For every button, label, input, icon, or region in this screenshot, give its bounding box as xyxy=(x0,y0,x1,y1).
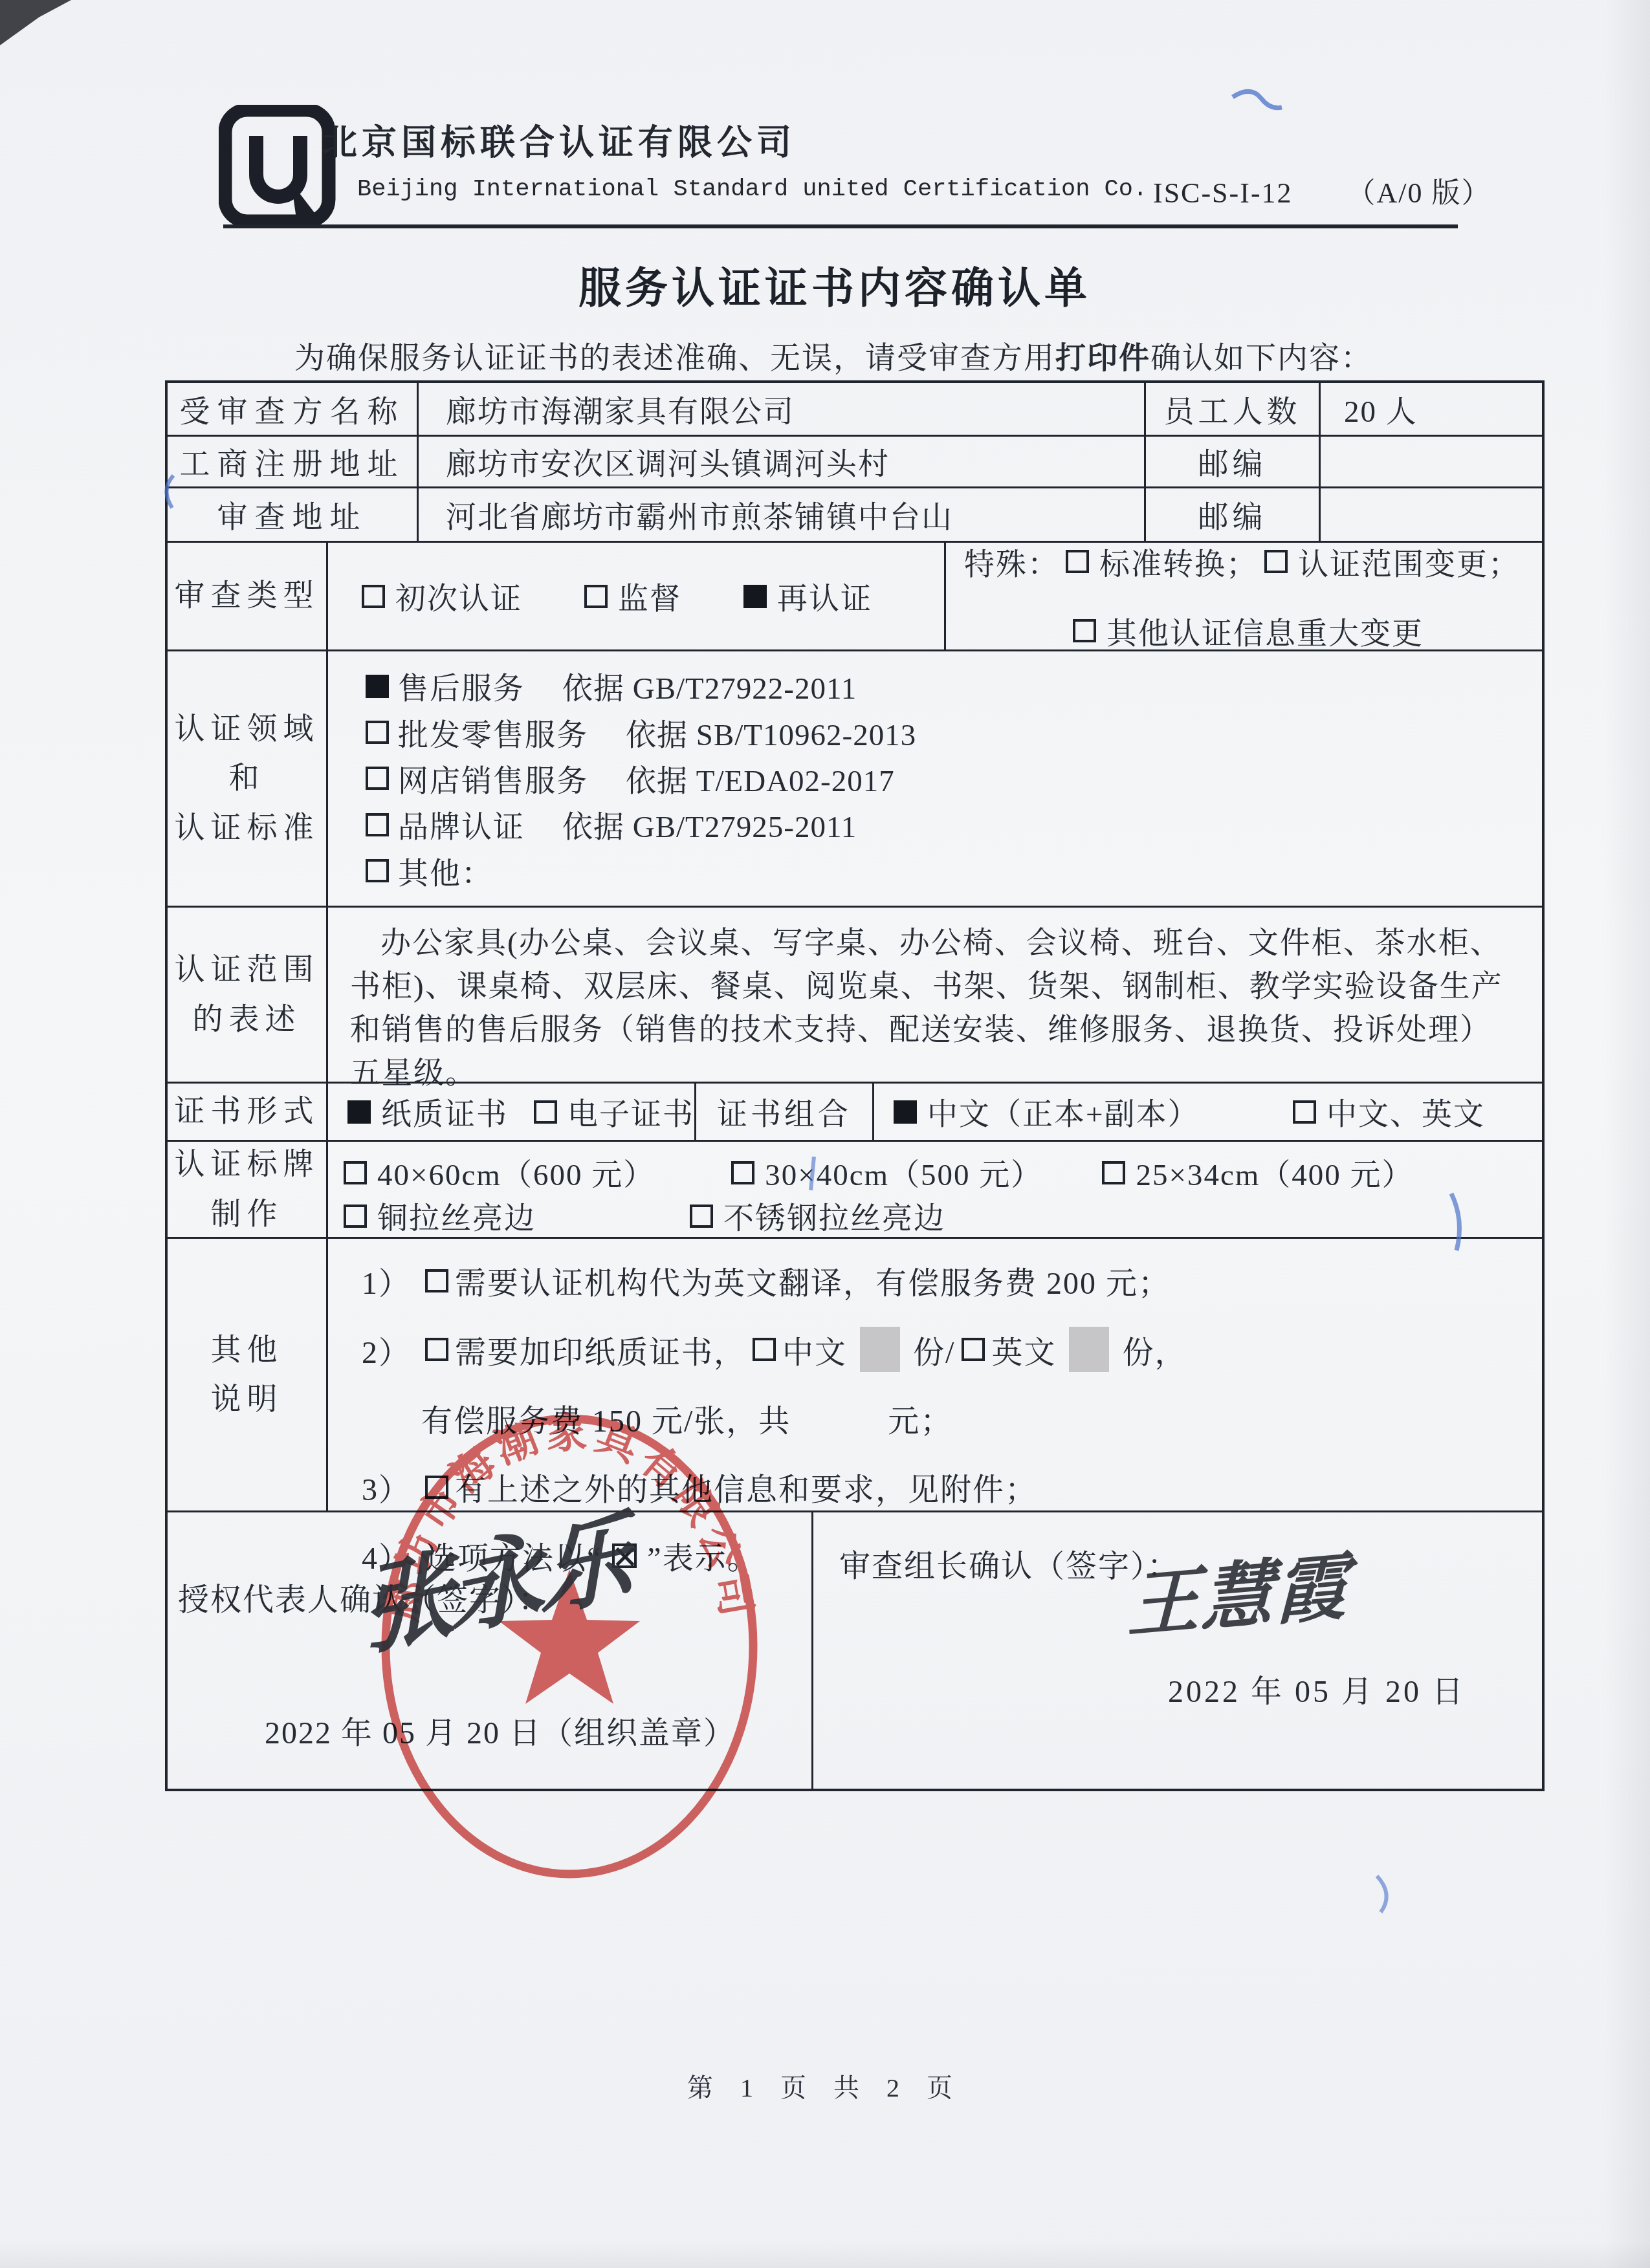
intro-lead: 为确保服务认证证书的表述准确、无误，请受审查方用 xyxy=(294,342,1055,375)
header-rule xyxy=(223,224,1458,228)
checkbox-icon xyxy=(1073,619,1096,642)
special-line-1: 特殊： 标准转换； 认证范围变更； xyxy=(964,540,1520,583)
cert-field-item: 网店销售服务 依据 T/EDA02-2017 xyxy=(366,757,1542,800)
special-audit-options: 特殊： 标准转换； 认证范围变更； 其他认证信息重大变更 xyxy=(944,543,1542,649)
note-text: 需要加印纸质证书， xyxy=(455,1327,746,1372)
plaque-edge-options: 铜拉丝亮边 不锈钢拉丝亮边 xyxy=(344,1194,1542,1238)
audit-address-label: 审查地址 xyxy=(168,488,417,541)
checkbox-label: 电子证书 xyxy=(567,1090,694,1133)
audit-type-label: 审查类型 xyxy=(168,543,326,649)
checkbox-label: 不锈钢拉丝亮边 xyxy=(723,1194,945,1238)
note-item-2: 2） 需要加印纸质证书， 中文 份/ 英文 份， xyxy=(362,1327,1542,1372)
label-line: 认证领域 xyxy=(175,704,320,754)
checkbox-icon xyxy=(894,1100,917,1124)
note-text: 需要认证机构代为英文翻译，有偿服务费 200 元； xyxy=(455,1258,1171,1303)
standard-basis: 依据 SB/T10962-2013 xyxy=(626,711,916,754)
audit-address-value: 河北省廊坊市霸州市煎茶铺镇中台山 xyxy=(417,488,1144,541)
checkbox-icon xyxy=(743,585,767,608)
checkbox-icon xyxy=(731,1161,754,1184)
pen-scribble xyxy=(1377,1876,1387,1912)
checkbox-label: 再认证 xyxy=(777,574,872,618)
checkbox-label: 铜拉丝亮边 xyxy=(377,1194,536,1238)
checkbox-label: 纸质证书 xyxy=(381,1090,508,1133)
company-name-cn: 北京国标联合认证有限公司 xyxy=(322,115,796,165)
checkbox-icon xyxy=(425,1338,448,1361)
label-line: 制作 xyxy=(211,1190,283,1239)
row-registered-address: 工商注册地址 廊坊市安次区调河头镇调河头村 邮编 xyxy=(168,435,1542,486)
checkbox-icon xyxy=(362,585,385,608)
postcode-value xyxy=(1319,488,1542,541)
checkbox-icon xyxy=(753,1338,776,1361)
audit-type-option: 初次认证 xyxy=(362,574,522,618)
postcode-label: 邮编 xyxy=(1144,488,1319,541)
note-text: 中文 xyxy=(782,1327,847,1372)
registered-address-label: 工商注册地址 xyxy=(168,437,417,486)
doc-code-number: ISC-S-I-12 xyxy=(1153,177,1293,209)
document-code: ISC-S-I-12 （A/0 版） xyxy=(1153,169,1491,211)
fill-in-field xyxy=(1069,1327,1109,1372)
checkbox-label: 30×40cm（500 元） xyxy=(765,1151,1042,1194)
cert-combo-options: 中文（正本+副本） 中文、英文 xyxy=(872,1084,1542,1140)
checkbox-icon xyxy=(344,1205,367,1228)
item-number: 1） xyxy=(362,1258,411,1303)
intro-bold: 打印件 xyxy=(1055,342,1150,375)
special-prefix: 特殊： xyxy=(964,540,1059,583)
fill-in-field xyxy=(860,1327,900,1372)
checkbox-icon xyxy=(1102,1161,1125,1184)
checkbox-icon xyxy=(534,1100,557,1124)
checkbox-label: 其他： xyxy=(398,849,493,893)
cert-field-label: 认证领域 和 认证标准 xyxy=(168,651,326,906)
row-cert-field: 认证领域 和 认证标准 售后服务 依据 GB/T27922-2011 批发零售服… xyxy=(168,649,1542,906)
other-notes-label: 其他 说明 xyxy=(168,1239,326,1510)
row-plaque: 认证标牌 制作 40×60cm（600 元） 30×40cm（500 元） 2 xyxy=(168,1140,1542,1237)
label-line: 认证标准 xyxy=(175,803,320,853)
postcode-value xyxy=(1319,437,1542,486)
checkbox-icon xyxy=(366,721,389,744)
checkbox-icon xyxy=(584,585,608,608)
cert-field-item: 售后服务 依据 GB/T27922-2011 xyxy=(366,664,1542,708)
audit-type-option: 再认证 xyxy=(743,574,872,618)
cert-combo-option: 中文、英文 xyxy=(1293,1090,1485,1133)
label-line: 认证标牌 xyxy=(175,1140,320,1189)
checkbox-label: 批发零售服务 xyxy=(398,711,588,754)
checkbox-icon xyxy=(425,1269,448,1292)
row-scope: 认证范围 的表述 办公家具(办公桌、会议桌、写字桌、办公椅、会议椅、班台、文件柜… xyxy=(168,906,1542,1082)
checkbox-label: 40×60cm（600 元） xyxy=(377,1151,655,1194)
checkbox-icon xyxy=(366,859,389,882)
auditee-value: 廊坊市海潮家具有限公司 xyxy=(417,383,1144,435)
cert-combo-label: 证书组合 xyxy=(694,1084,872,1140)
audit-type-options: 初次认证 监督 再认证 xyxy=(326,543,944,649)
scan-edge-shadow xyxy=(1605,0,1650,2268)
cert-field-item: 其他： xyxy=(366,849,1542,893)
postcode-label: 邮编 xyxy=(1144,437,1319,486)
cert-combo-option: 中文（正本+副本） xyxy=(894,1090,1200,1133)
scope-label: 认证范围 的表述 xyxy=(168,908,326,1082)
note-item-1: 1） 需要认证机构代为英文翻译，有偿服务费 200 元； xyxy=(362,1258,1542,1303)
scan-edge-shadow-bottom xyxy=(0,2242,1650,2268)
auditee-label: 受审查方名称 xyxy=(168,383,417,435)
standard-basis: 依据 GB/T27922-2011 xyxy=(562,664,857,708)
cert-form-option: 纸质证书 xyxy=(347,1090,508,1133)
scope-description: 办公家具(办公桌、会议桌、写字桌、办公椅、会议椅、班台、文件柜、茶水柜、书柜)、… xyxy=(326,908,1542,1082)
checkbox-label: 中文（正本+副本） xyxy=(927,1090,1200,1133)
cert-field-item: 批发零售服务 依据 SB/T10962-2013 xyxy=(366,711,1542,754)
standard-basis: 依据 T/EDA02-2017 xyxy=(626,757,895,800)
plaque-option: 不锈钢拉丝亮边 xyxy=(690,1194,945,1238)
checkbox-icon xyxy=(1293,1100,1316,1124)
checkbox-label: 认证范围变更； xyxy=(1298,540,1520,583)
cert-field-item: 品牌认证 依据 GB/T27925-2011 xyxy=(366,803,1542,846)
label-line: 和 xyxy=(229,754,265,803)
special-line-2: 其他认证信息重大变更 xyxy=(964,609,1424,653)
isc-logo-icon xyxy=(219,105,338,228)
special-option: 认证范围变更； xyxy=(1264,540,1520,583)
checkbox-icon xyxy=(962,1338,985,1361)
row-audit-type: 审查类型 初次认证 监督 再认证 特殊： xyxy=(168,541,1542,649)
note-text: 份/ xyxy=(913,1327,955,1372)
scan-corner-smudge xyxy=(0,0,71,45)
note-text: 英文 xyxy=(991,1327,1056,1372)
checkbox-icon xyxy=(1066,550,1089,573)
audit-type-option: 监督 xyxy=(584,574,681,618)
checkbox-label: 中文、英文 xyxy=(1326,1090,1485,1133)
plaque-size-options: 40×60cm（600 元） 30×40cm（500 元） 25×34cm（40… xyxy=(344,1151,1542,1194)
cert-form-options: 纸质证书 电子证书 xyxy=(326,1084,694,1140)
special-option: 标准转换； xyxy=(1066,540,1258,583)
audit-leader-signature: 王慧霞 xyxy=(1127,1529,1349,1653)
staff-count-value: 20 人 xyxy=(1319,383,1542,435)
label-line: 其他 xyxy=(211,1325,283,1375)
cert-form-option: 电子证书 xyxy=(534,1090,694,1133)
plaque-options: 40×60cm（600 元） 30×40cm（500 元） 25×34cm（40… xyxy=(326,1142,1542,1237)
staff-count-label: 员工人数 xyxy=(1144,383,1319,435)
intro-text: 为确保服务认证证书的表述准确、无误，请受审查方用打印件确认如下内容： xyxy=(294,334,1372,377)
item-number: 2） xyxy=(362,1327,411,1372)
label-line: 说明 xyxy=(211,1375,283,1424)
row-cert-form: 证书形式 纸质证书 电子证书 证书组合 中文（正本+副本） xyxy=(168,1082,1542,1140)
checkbox-label: 初次认证 xyxy=(395,574,522,618)
checkbox-label: 监督 xyxy=(618,574,681,618)
cert-form-label: 证书形式 xyxy=(168,1084,326,1140)
audit-leader-date: 2022 年 05 月 20 日 xyxy=(1168,1666,1466,1711)
plaque-option: 25×34cm（400 元） xyxy=(1102,1151,1413,1194)
checkbox-icon xyxy=(366,675,389,698)
pen-scribble xyxy=(1233,91,1282,107)
checkbox-icon xyxy=(347,1100,371,1124)
intro-tail: 确认如下内容： xyxy=(1150,342,1372,375)
checkbox-label: 25×34cm（400 元） xyxy=(1136,1151,1413,1194)
checkbox-icon xyxy=(366,813,389,836)
checkbox-icon xyxy=(1264,550,1288,573)
page-title: 服务认证证书内容确认单 xyxy=(0,254,1650,315)
checkbox-label: 网店销售服务 xyxy=(398,757,588,800)
label-line: 认证范围 xyxy=(175,945,320,994)
row-audit-address: 审查地址 河北省廊坊市霸州市煎茶铺镇中台山 邮编 xyxy=(168,486,1542,541)
plaque-option: 30×40cm（500 元） xyxy=(731,1151,1042,1194)
row-auditee: 受审查方名称 廊坊市海潮家具有限公司 员工人数 20 人 xyxy=(168,383,1542,435)
special-option: 其他认证信息重大变更 xyxy=(1073,609,1424,653)
cert-field-items: 售后服务 依据 GB/T27922-2011 批发零售服务 依据 SB/T109… xyxy=(326,651,1542,906)
standard-basis: 依据 GB/T27925-2011 xyxy=(562,803,857,846)
label-line: 的表述 xyxy=(193,995,302,1044)
plaque-label: 认证标牌 制作 xyxy=(168,1142,326,1237)
checkbox-icon xyxy=(690,1205,713,1228)
checkbox-label: 售后服务 xyxy=(398,664,525,708)
checkbox-label: 品牌认证 xyxy=(398,803,525,846)
registered-address-value: 廊坊市安次区调河头镇调河头村 xyxy=(417,437,1144,486)
checkbox-label: 其他认证信息重大变更 xyxy=(1106,609,1424,653)
checkbox-label: 标准转换； xyxy=(1099,540,1258,583)
checkbox-icon xyxy=(344,1161,367,1184)
company-name-en: Beijing International Standard united Ce… xyxy=(357,176,1147,203)
plaque-option: 40×60cm（600 元） xyxy=(344,1151,655,1194)
page-number: 第 1 页 共 2 页 xyxy=(0,2067,1650,2104)
plaque-option: 铜拉丝亮边 xyxy=(344,1194,536,1238)
note-text: 份， xyxy=(1122,1327,1187,1372)
checkbox-icon xyxy=(366,767,389,790)
scanned-form-page: 北京国标联合认证有限公司 Beijing International Stand… xyxy=(0,0,1650,2268)
doc-code-version: （A/0 版） xyxy=(1347,177,1491,209)
